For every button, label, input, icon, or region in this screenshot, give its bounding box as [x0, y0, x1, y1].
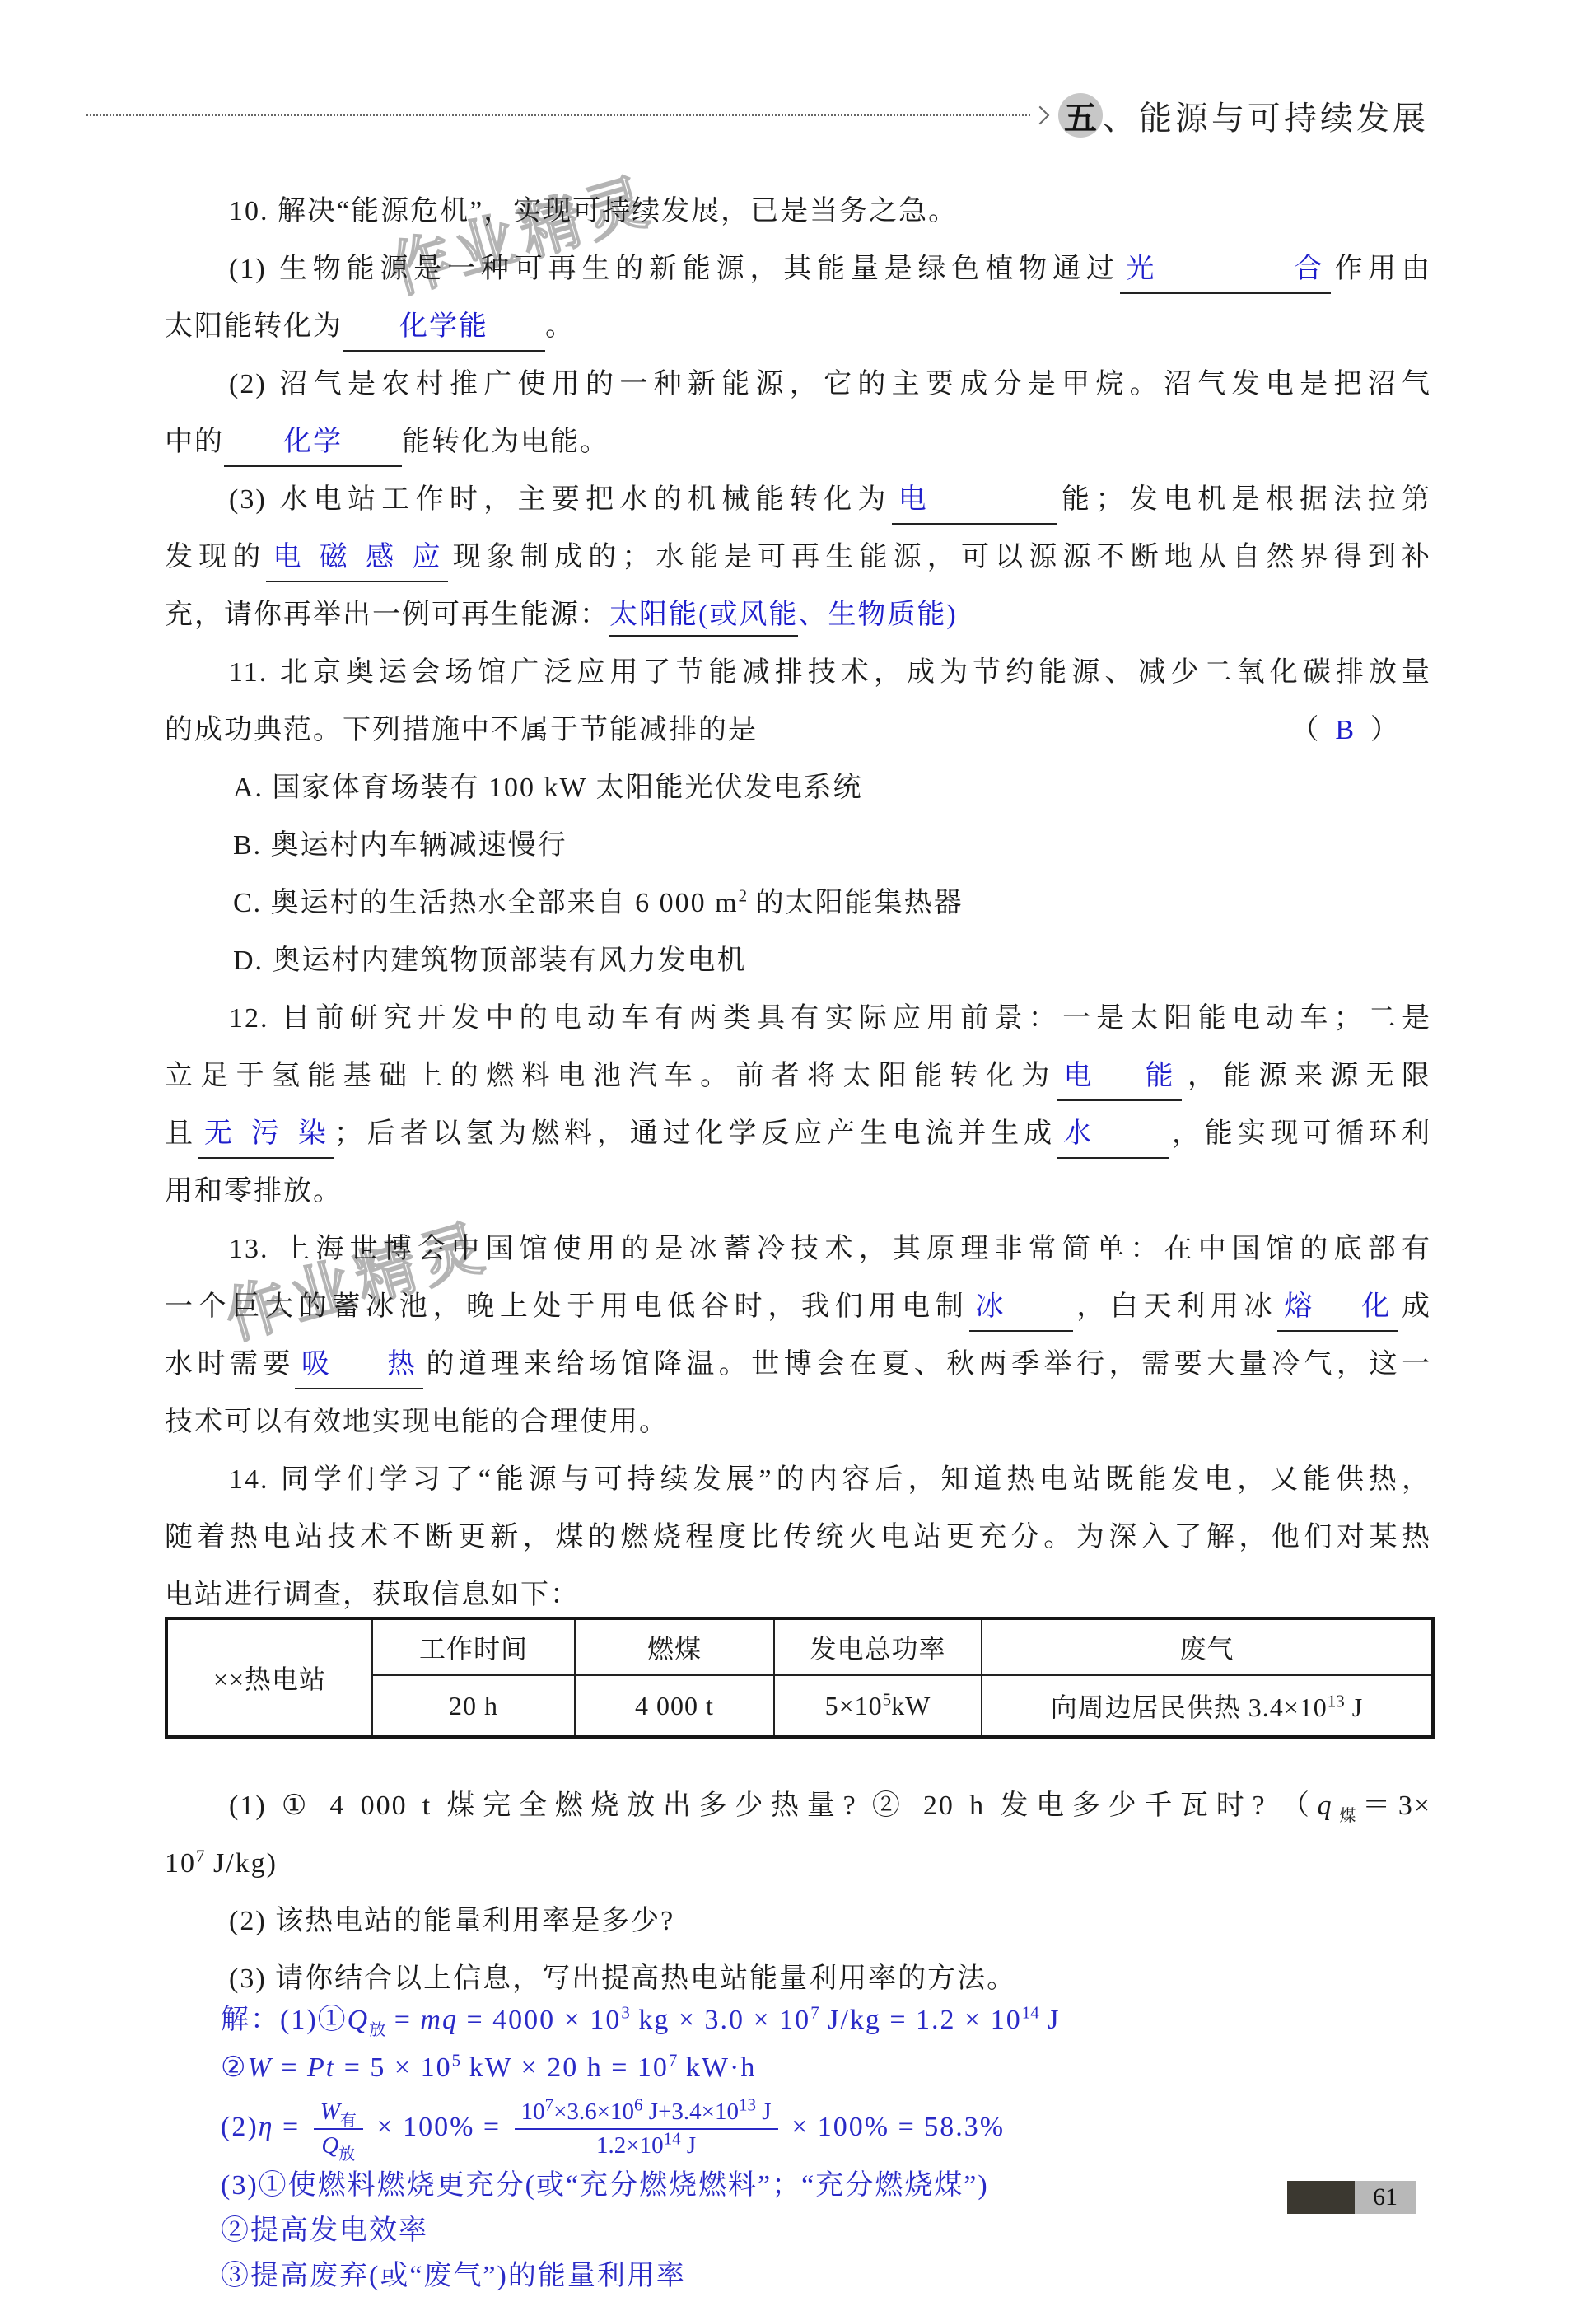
text-segment: 技术可以有效地实现电能的合理使用。	[165, 1407, 669, 1437]
text-segment: 发现的	[165, 542, 266, 572]
text-segment: kW × 20 h = 10	[460, 2052, 669, 2083]
text-segment: 充，请你再举出一例可再生能源：	[165, 600, 609, 630]
text-segment: Q	[348, 2005, 370, 2035]
text-line: 14. 同学们学习了“能源与可持续发展”的内容后，知道热电站既能发电，又能供热，	[165, 1451, 1431, 1509]
text-segment: 7	[810, 2003, 819, 2023]
text-segment: 10	[165, 1848, 196, 1879]
text-segment: 中的	[165, 427, 224, 457]
page-number: 61	[1355, 2181, 1416, 2214]
text-segment: (1) 生物能源是一种可再生的新能源，其能量是绿色植物通过	[229, 254, 1120, 284]
answer-blank: 化学能	[343, 310, 545, 352]
text-line: 中的化学能转化为电能。	[165, 413, 1431, 471]
arrow-icon	[1031, 106, 1050, 125]
text-line: 13. 上海世博会中国馆使用的是冰蓄冷技术，其原理非常简单：在中国馆的底部有	[165, 1221, 1431, 1278]
text-segment: 7	[545, 2094, 554, 2114]
text-line: B. 奥运村内车辆减速慢行	[165, 817, 1431, 875]
text-segment: 作用由	[1331, 254, 1431, 284]
text-line: ③提高废弃(或“废气”)的能量利用率	[221, 2253, 1431, 2299]
text-segment: W	[320, 2099, 340, 2125]
text-segment: 3	[621, 2003, 630, 2023]
text-segment: 5	[452, 2051, 461, 2071]
answer-blank: 化学	[224, 425, 402, 467]
text-segment: 的成功典范。下列措施中不属于节能减排的是	[165, 715, 758, 745]
fraction: W有Q放	[314, 2099, 363, 2160]
text-line: (2)η = W有Q放 × 100% = 107×3.6×106 J+3.4×1…	[221, 2092, 1431, 2163]
text-line: 随着热电站技术不断更新，煤的燃烧程度比传统火电站更充分。为深入了解，他们对某热	[165, 1509, 1431, 1566]
answer-blank: 熔化	[1277, 1290, 1398, 1332]
text-segment: Q	[321, 2132, 338, 2159]
text-segment: 放	[338, 2145, 355, 2164]
table-station-name: ××热电站	[166, 1618, 372, 1737]
text-segment: 13	[1328, 1691, 1345, 1711]
text-line: A. 国家体育场装有 100 kW 太阳能光伏发电系统	[165, 759, 1431, 817]
text-segment: ②提高发电效率	[221, 2215, 428, 2246]
text-segment: kg × 3.0 × 10	[630, 2005, 810, 2035]
text-segment: q	[1318, 1790, 1333, 1821]
text-segment: 电站进行调查，获取信息如下：	[165, 1580, 580, 1610]
text-line: (2) 该热电站的能量利用率是多少?	[165, 1893, 1431, 1950]
text-segment: (3) 水电站工作时，主要把水的机械能转化为	[229, 484, 892, 515]
text-segment: ③提高废弃(或“废气”)的能量利用率	[221, 2261, 686, 2291]
table-cell-power: 5×105kW	[774, 1675, 982, 1738]
answer-blank: 电磁感应	[266, 540, 448, 582]
text-segment: 2	[739, 886, 748, 906]
text-segment: η	[259, 2112, 274, 2142]
answer-blank: 水	[1057, 1117, 1169, 1159]
text-line: (2) 沼气是农村推广使用的一种新能源，它的主要成分是甲烷。沼气发电是把沼气	[165, 356, 1431, 413]
text-segment: 。	[545, 311, 575, 342]
text-segment: ）	[1370, 715, 1398, 745]
text-segment: 10	[521, 2099, 545, 2125]
text-segment: 12. 目前研究开发中的电动车有两类具有实际应用前景：一是太阳能电动车；二是	[229, 1003, 1431, 1034]
page-header: 五 、能源与可持续发展	[86, 89, 1429, 142]
text-segment: 7	[196, 1846, 205, 1866]
answer-choice-bracket: （B）	[1282, 702, 1407, 759]
text-segment: ②	[221, 2052, 247, 2083]
text-segment: kW	[891, 1691, 931, 1720]
text-line: 12. 目前研究开发中的电动车有两类具有实际应用前景：一是太阳能电动车；二是	[165, 990, 1431, 1048]
text-segment: 成	[1398, 1291, 1431, 1322]
text-line: 立足于氢能基础上的燃料电池汽车。前者将太阳能转化为电能，能源来源无限	[165, 1048, 1431, 1105]
text-segment: ；后者以氢为燃料，通过化学反应产生电流并生成	[334, 1118, 1057, 1149]
text-segment: 的太阳能集热器	[747, 888, 964, 918]
text-segment: 10. 解决“能源危机”，实现可持续发展，已是当务之急。	[229, 196, 958, 226]
text-segment: 7	[669, 2051, 678, 2071]
text-segment: 放	[369, 2021, 385, 2039]
text-line: 充，请你再举出一例可再生能源：太阳能(或风能、生物质能)	[165, 586, 1431, 644]
text-line: ②提高发电效率	[221, 2208, 1431, 2253]
text-line: 11. 北京奥运会场馆广泛应用了节能减排技术，成为节约能源、减少二氧化碳排放量	[165, 644, 1431, 702]
text-segment: 5×10	[825, 1691, 883, 1720]
text-segment: 1.2×10	[596, 2132, 664, 2159]
text-line: 技术可以有效地实现电能的合理使用。	[165, 1394, 1431, 1451]
text-segment: 4 000 t	[635, 1691, 714, 1720]
text-line: 太阳能转化为化学能。	[165, 298, 1431, 356]
text-line: D. 奥运村内建筑物顶部装有风力发电机	[165, 932, 1431, 990]
text-segment: =	[385, 2005, 420, 2035]
text-segment: J	[1039, 2005, 1061, 2035]
fraction: 107×3.6×106 J+3.4×1013 J1.2×1014 J	[515, 2099, 778, 2160]
text-line: 10. 解决“能源危机”，实现可持续发展，已是当务之急。	[165, 183, 1431, 240]
text-segment: (3)①使燃料燃烧更充分(或“充分燃烧燃料”；“充分燃烧煤”)	[221, 2170, 989, 2201]
table-cell-exhaust: 向周边居民供热 3.4×1013 J	[982, 1675, 1433, 1738]
text-segment: ＝3×	[1362, 1790, 1431, 1821]
text-segment: 、生物质能)	[798, 600, 957, 630]
table-header-worktime: 工作时间	[372, 1618, 575, 1675]
text-segment: J	[681, 2132, 697, 2159]
text-segment: 水时需要	[165, 1349, 295, 1380]
text-line: 水时需要吸热的道理来给场馆降温。世博会在夏、秋两季举行，需要大量冷气，这一	[165, 1336, 1431, 1394]
text-line: 解：(1)①Q放 = mq = 4000 × 103 kg × 3.0 × 10…	[221, 1996, 1431, 2044]
text-line: 电站进行调查，获取信息如下：	[165, 1566, 1431, 1624]
text-segment: (2) 该热电站的能量利用率是多少?	[229, 1906, 674, 1936]
text-segment: = 5 × 10	[335, 2052, 451, 2083]
table-header-exhaust: 废气	[982, 1618, 1433, 1675]
page-number-badge: 61	[1287, 2181, 1416, 2214]
text-segment: 14. 同学们学习了“能源与可持续发展”的内容后，知道热电站既能发电，又能供热，	[229, 1464, 1431, 1495]
text-segment: 14	[1022, 2003, 1039, 2023]
text-segment: 且	[165, 1118, 198, 1149]
table-cell-worktime: 20 h	[372, 1675, 575, 1738]
text-segment: J+3.4×10	[643, 2099, 740, 2125]
text-segment: J	[756, 2099, 772, 2125]
page-badge-dark-block	[1287, 2181, 1355, 2214]
text-segment: 立足于氢能基础上的燃料电池汽车。前者将太阳能转化为	[165, 1061, 1057, 1091]
text-segment: =	[273, 2052, 307, 2083]
text-segment: =	[274, 2112, 309, 2142]
answer-blank: 无污染	[198, 1117, 334, 1159]
table-cell-coal: 4 000 t	[575, 1675, 774, 1738]
text-segment: (2)	[221, 2112, 259, 2142]
text-segment: B	[1335, 715, 1354, 745]
text-segment: 一个巨大的蓄冰池，晚上处于用电低谷时，我们用电制	[165, 1291, 969, 1322]
text-segment: 解：(1)①	[221, 2005, 348, 2035]
text-segment: mq	[420, 2005, 458, 2035]
workbook-page: 五 、能源与可持续发展 作业精灵 作业精灵 10. 解决“能源危机”，实现可持续…	[0, 0, 1596, 2311]
text-line: 发现的电磁感应现象制成的；水能是可再生能源，可以源源不断地从自然界得到补	[165, 529, 1431, 586]
text-segment: 有	[340, 2112, 357, 2130]
text-segment: W	[247, 2052, 272, 2083]
text-line: C. 奥运村的生活热水全部来自 6 000 m2 的太阳能集热器	[165, 875, 1431, 932]
answer-blank: 太阳能(或风能	[609, 600, 798, 637]
text-segment: 5	[883, 1689, 892, 1709]
table-header-power: 发电总功率	[774, 1618, 982, 1675]
answer-blank: 冰	[969, 1290, 1073, 1332]
text-segment: (2) 沼气是农村推广使用的一种新能源，它的主要成分是甲烷。沼气发电是把沼气	[229, 369, 1431, 399]
text-segment: (1) ① 4 000 t 煤完全燃烧放出多少热量? ② 20 h 发电多少千瓦…	[229, 1790, 1318, 1821]
text-segment: ×3.6×10	[553, 2099, 634, 2125]
text-line: 的成功典范。下列措施中不属于节能减排的是（B）	[165, 702, 1431, 759]
text-line: ②W = Pt = 5 × 105 kW × 20 h = 107 kW·h	[221, 2044, 1431, 2092]
text-segment: 随着热电站技术不断更新，煤的燃烧程度比传统火电站更充分。为深入了解，他们对某热	[165, 1522, 1431, 1552]
text-line: 一个巨大的蓄冰池，晚上处于用电低谷时，我们用电制冰，白天利用冰熔化成	[165, 1278, 1431, 1336]
text-segment: B. 奥运村内车辆减速慢行	[233, 830, 567, 861]
text-segment: （	[1290, 715, 1318, 745]
answer-blank: 电能	[1057, 1059, 1182, 1101]
text-line: 用和零排放。	[165, 1163, 1431, 1221]
text-segment: 向周边居民供热 3.4×10	[1051, 1692, 1328, 1722]
text-segment: 的道理来给场馆降温。世博会在夏、秋两季举行，需要大量冷气，这一	[423, 1349, 1431, 1380]
text-line: (3) 水电站工作时，主要把水的机械能转化为电能；发电机是根据法拉第	[165, 471, 1431, 529]
text-line: 107 J/kg)	[165, 1835, 1431, 1893]
text-segment: ，白天利用冰	[1073, 1291, 1278, 1322]
power-station-table: ××热电站 工作时间 燃煤 发电总功率 废气 20 h 4 000 t 5×10…	[165, 1617, 1431, 1739]
text-segment: 能；发电机是根据法拉第	[1057, 484, 1431, 515]
text-segment: C. 奥运村的生活热水全部来自 6 000 m	[233, 888, 739, 918]
text-segment: × 100% =	[368, 2112, 510, 2142]
text-segment: 现象制成的；水能是可再生能源，可以源源不断地从自然界得到补	[448, 542, 1431, 572]
table-header-coal: 燃煤	[575, 1618, 774, 1675]
answer-blank: 吸热	[295, 1347, 423, 1389]
text-segment: 11. 北京奥运会场馆广泛应用了节能减排技术，成为节约能源、减少二氧化碳排放量	[229, 657, 1431, 688]
section-number-badge: 五	[1058, 93, 1103, 138]
text-segment: 煤	[1333, 1807, 1362, 1825]
text-segment: × 100% = 58.3%	[783, 2112, 1006, 2142]
answer-blank: 电	[892, 483, 1057, 525]
text-segment: kW·h	[677, 2052, 756, 2083]
text-segment: 6	[634, 2094, 643, 2114]
text-segment: J/kg)	[205, 1848, 278, 1879]
text-segment: J	[1345, 1692, 1363, 1722]
text-line: (1) 生物能源是一种可再生的新能源，其能量是绿色植物通过光合作用由	[165, 240, 1431, 298]
dotted-leader-line	[86, 114, 1030, 116]
answer-blank: 光合	[1120, 252, 1331, 294]
text-segment: Pt	[307, 2052, 335, 2083]
text-segment: J/kg = 1.2 × 10	[819, 2005, 1022, 2035]
text-segment: 能转化为电能。	[402, 427, 609, 457]
text-segment: D. 奥运村内建筑物顶部装有风力发电机	[233, 945, 747, 976]
text-segment: 太阳能转化为	[165, 311, 343, 342]
text-segment: ，能实现可循环利	[1169, 1118, 1431, 1149]
text-segment: (3) 请你结合以上信息，写出提高热电站能量利用率的方法。	[229, 1963, 1016, 1994]
text-line: (3)①使燃料燃烧更充分(或“充分燃烧燃料”；“充分燃烧煤”)	[221, 2163, 1431, 2208]
text-segment: 14	[664, 2129, 681, 2149]
text-segment: 13. 上海世博会中国馆使用的是冰蓄冷技术，其原理非常简单：在中国馆的底部有	[229, 1234, 1431, 1264]
text-line: (1) ① 4 000 t 煤完全燃烧放出多少热量? ② 20 h 发电多少千瓦…	[165, 1777, 1431, 1835]
text-segment: ，能源来源无限	[1182, 1061, 1431, 1091]
text-segment: A. 国家体育场装有 100 kW 太阳能光伏发电系统	[233, 773, 863, 803]
text-segment: 20 h	[449, 1691, 498, 1720]
section-title: 、能源与可持续发展	[1103, 92, 1429, 139]
text-segment: 用和零排放。	[165, 1176, 343, 1207]
text-segment: 13	[739, 2094, 756, 2114]
text-line: 且无污染；后者以氢为燃料，通过化学反应产生电流并生成水，能实现可循环利	[165, 1105, 1431, 1163]
text-segment: = 4000 × 10	[458, 2005, 621, 2035]
